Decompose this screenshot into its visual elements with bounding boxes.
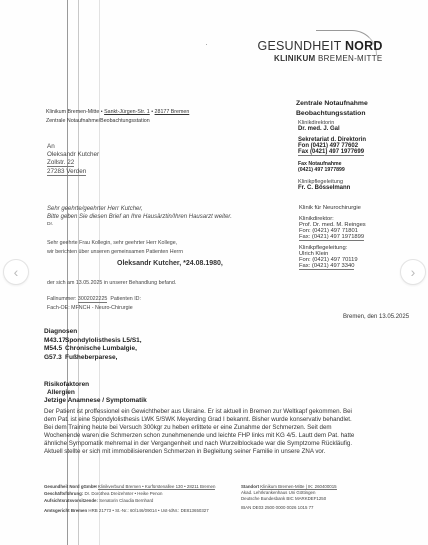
- footer-company-address: Klinikverbund Bremen • Kurfürstenallee 1…: [98, 484, 215, 490]
- hospital-logo: GESUNDHEIT NORD KLINIKUM BREMEN-MITTE: [254, 39, 383, 63]
- footer-board-name: Senatorin Claudia Bernhard: [99, 498, 153, 503]
- anamnesis-heading: Jetzige Anamnese / Symptomatik: [44, 397, 147, 404]
- footer-teaching-hospital: Akad. Lehrkrankenhaus Uni Göttingen: [241, 490, 315, 495]
- sender-department: Zentrale Notaufnahme/Beobachtungsstation: [46, 118, 150, 124]
- contact-block-neuro: Klinik für Neurochirurgie Klinikdirektor…: [299, 205, 366, 269]
- footer-management-label: Geschäftsführung:: [44, 491, 83, 496]
- footer-register-court: Amtsgericht Bremen: [44, 508, 87, 513]
- contact-block-er: Zentrale Notaufnahme Beobachtungsstation…: [296, 100, 368, 191]
- director-name: Dr. med. J. Gal: [298, 126, 368, 132]
- anamnesis-line: Wochenende waren die Schmerzen schon zun…: [44, 432, 354, 440]
- sender-address: Sankt-Jürgen-Str. 1: [104, 109, 150, 115]
- diagnosis-text: Fußheberparese,: [65, 354, 117, 361]
- case-label: Fallnummer:: [47, 296, 76, 302]
- logo-brand-light: GESUNDHEIT: [258, 39, 342, 53]
- document-page: GESUNDHEIT NORD KLINIKUM BREMEN-MITTE Kl…: [0, 0, 428, 545]
- footer-location: Standort Klinikum Bremen-Mitte | IK: 260…: [241, 484, 337, 489]
- patient-id-label: Patienten ID:: [110, 296, 141, 302]
- salutation-patient: Sehr geehrte/geehrter Herr Kutcher,: [47, 206, 143, 212]
- dept-label: Fach-OE:: [47, 305, 70, 311]
- department-line: Fach-OE: MFNCH - Neuro-Chirurgie: [47, 305, 133, 311]
- previous-page-button[interactable]: ‹: [3, 259, 29, 285]
- footer-management: Geschäftsführung: Dr. Dorothea Dreizehnt…: [44, 491, 162, 496]
- case-number: 3002022225: [78, 296, 107, 303]
- diagnoses-heading: Diagnosen: [44, 328, 142, 337]
- scan-artifact-line: [67, 0, 68, 545]
- next-page-button[interactable]: ›: [400, 259, 426, 285]
- diagnosis-text: Spondylolisthesis L5/S1,: [65, 337, 142, 344]
- anamnesis-text: Der Patient ist proffessionel ein Gewich…: [44, 408, 354, 457]
- sender-name: Klinikum Bremen-Mitte: [46, 109, 99, 115]
- diagnosis-code: M54.5: [44, 345, 65, 354]
- patient-name-dob: Oleksandr Kutcher, *24.08.1980,: [117, 260, 223, 267]
- nursing-name: Fr. C. Bösselmann: [298, 185, 368, 191]
- forward-note: Bitte geben Sie diesen Brief an Ihre Hau…: [47, 214, 232, 220]
- neuro-fax: Fax: (0421) 497 1971899: [299, 234, 364, 241]
- letter-date: Bremen, den 13.05.2025: [343, 314, 409, 320]
- footer-register-numbers: HRB 21773 • St.-Nr.: 60/146/09014 • Ust-…: [88, 508, 208, 513]
- diagnosis-text: Chronische Lumbalgie,: [65, 345, 137, 352]
- er-title-1: Zentrale Notaufnahme: [296, 100, 368, 107]
- footer-board: Aufsichtsratsvorsitzende: Senatorin Clau…: [44, 498, 153, 503]
- footer-bic: Deutsche Bundesbank BIC MARKDEF1250: [241, 496, 326, 501]
- allergies-heading: Allergien: [47, 389, 75, 396]
- logo-brand-bold: NORD: [345, 39, 383, 53]
- sender-line: Klinikum Bremen-Mitte • Sankt-Jürgen-Str…: [46, 109, 189, 115]
- footer-iban: IBAN DE03 2500 0000 0026 1015 77: [241, 505, 314, 510]
- footer-company: Gesundheit Nord gGmbH Klinikverbund Brem…: [44, 484, 215, 489]
- anamnesis-line: Der Patient ist proffessionel ein Gewich…: [44, 408, 354, 416]
- chevron-right-icon: ›: [411, 265, 416, 279]
- report-intro: wir berichten über unseren gemeinsamen P…: [47, 249, 183, 255]
- salutation-colleague: Sehr geehrte Frau Kollegin, sehr geehrte…: [47, 240, 177, 246]
- diagnosis-code: M43.17: [44, 337, 65, 346]
- footer-company-name: Gesundheit Nord gGmbH: [44, 484, 97, 489]
- footer-management-names: Dr. Dorothea Dreizehnter • Heike Penon: [85, 491, 163, 496]
- footer-board-label: Aufsichtsratsvorsitzende:: [44, 498, 98, 503]
- dept-value: MFNCH - Neuro-Chirurgie: [71, 305, 133, 311]
- diagnosis-item: M43.17Spondylolisthesis L5/S1,: [44, 337, 142, 346]
- logo-sub-light: BREMEN-MITTE: [318, 54, 383, 63]
- anamnesis-line: dem Pat. ist eine Spondylolisthesis LWK …: [44, 416, 354, 424]
- recipient-city: 27283 Verden: [47, 168, 86, 176]
- chevron-left-icon: ‹: [14, 265, 19, 279]
- recipient-address: An Oleksandr Kutcher Zollstr. 22 27283 V…: [47, 143, 99, 176]
- diagnoses-section: Diagnosen M43.17Spondylolisthesis L5/S1,…: [44, 328, 142, 362]
- diagnosis-item: M54.5Chronische Lumbalgie,: [44, 345, 142, 354]
- scan-artifact-line: [78, 0, 79, 545]
- recipient-name: Oleksandr Kutcher: [47, 151, 99, 159]
- diagnosis-item: G57.3Fußheberparese,: [44, 354, 142, 363]
- footer-location-label: Standort: [241, 484, 259, 489]
- scan-speck: [206, 44, 207, 45]
- neuro-title: Klinik für Neurochirurgie: [299, 205, 366, 211]
- treatment-line: der sich am 13.05.2025 in unserer Behand…: [47, 280, 176, 286]
- dr-note: Dr.: [47, 222, 53, 227]
- secretary-fax: Fax (0421) 497 1977699: [298, 149, 364, 156]
- anamnesis-line: ähnliche Sympomatik mehremal in der Verg…: [44, 440, 354, 448]
- neuro-nursing-fax: Fax: (0421) 497 3340: [299, 263, 354, 270]
- logo-sub-bold: KLINIKUM: [274, 54, 316, 63]
- scan-artifact-line: [99, 0, 100, 545]
- anamnesis-line: Bei dem Training heute bei Versuch 300kg…: [44, 424, 354, 432]
- anamnesis-line: Aktuell stellte er sich mit immobilisier…: [44, 448, 354, 456]
- case-number-line: Fallnummer: 3002022225 Patienten ID:: [47, 296, 141, 302]
- er-fax-number: (0421) 497 1977899: [298, 167, 368, 173]
- sender-city: 28177 Bremen: [155, 109, 190, 115]
- recipient-prefix: An: [47, 143, 99, 151]
- risk-factors-heading: Risikofaktoren: [44, 381, 89, 388]
- diagnosis-code: G57.3: [44, 354, 65, 363]
- footer-register: Amtsgericht Bremen HRB 21773 • St.-Nr.: …: [44, 508, 209, 513]
- er-title-2: Beobachtungsstation: [296, 110, 368, 117]
- recipient-street: Zollstr. 22: [47, 159, 74, 167]
